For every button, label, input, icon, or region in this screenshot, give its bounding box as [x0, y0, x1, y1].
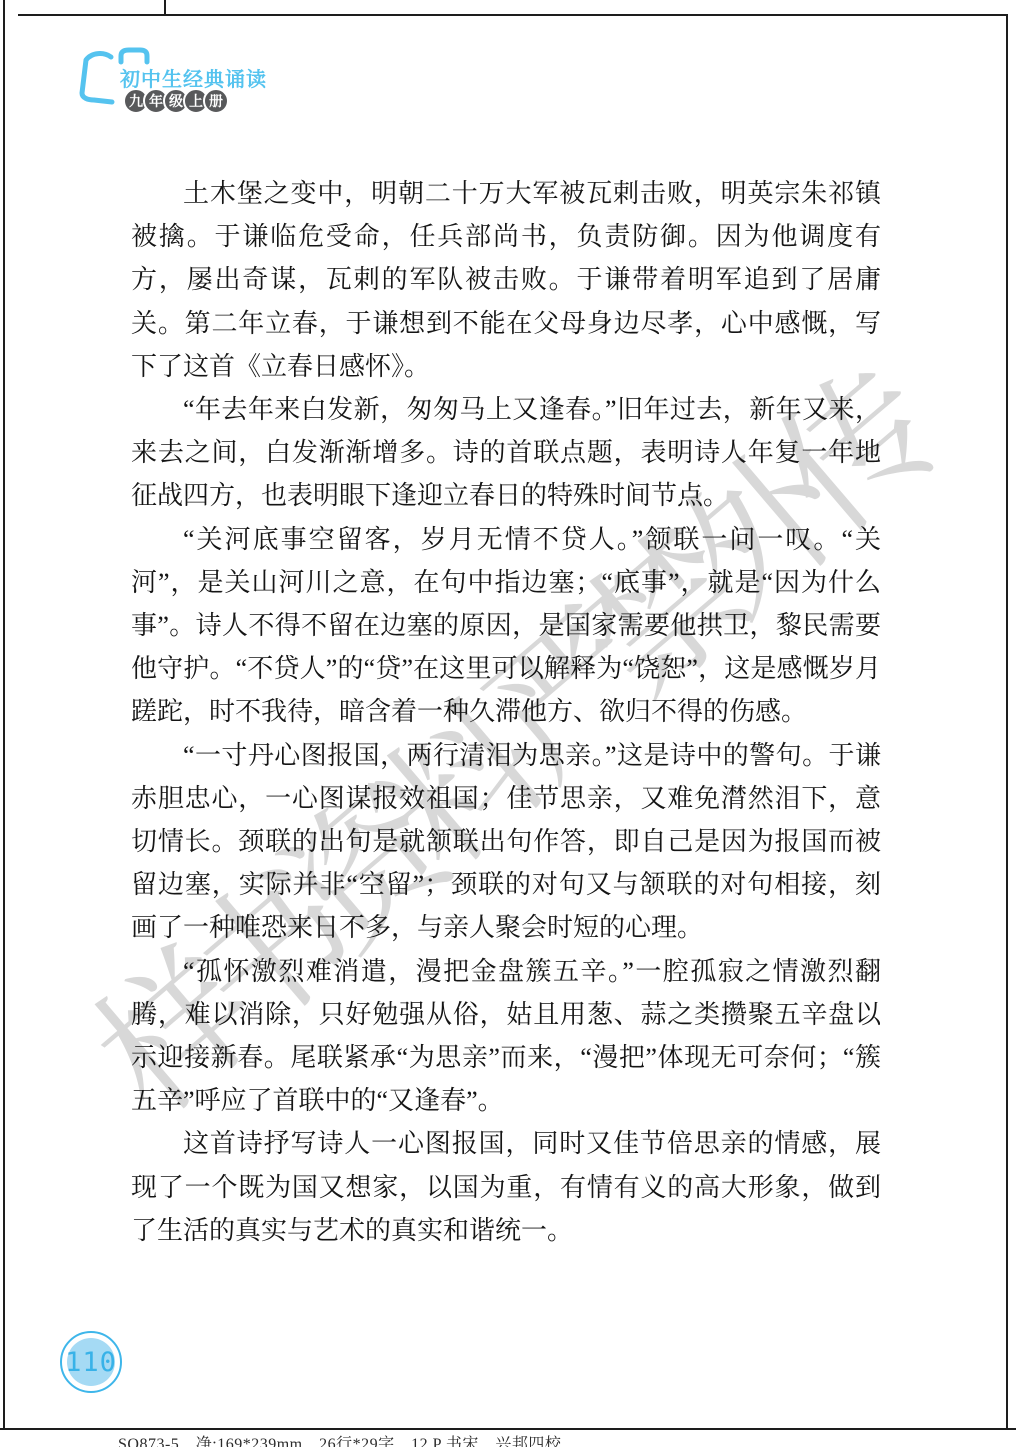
page-border-bottom: [0, 1428, 1016, 1430]
paragraph-summary: 这首诗抒写诗人一心图报国，同时又佳节倍思亲的情感，展现了一个既为国又想家，以国为…: [131, 1122, 881, 1252]
page-number: 110: [67, 1338, 115, 1386]
trim-mark: [164, 0, 166, 14]
paragraph-background: 土木堡之变中，明朝二十万大军被瓦剌击败，明英宗朱祁镇被擒。于谦临危受命，任兵部尚…: [131, 172, 881, 388]
print-imprint-line: SQ873-5 净:169*239mm 26行*29字 12 P 书宋 兴邦四校: [118, 1431, 561, 1447]
page-border-top: [18, 14, 1008, 16]
poem-analysis-text: 土木堡之变中，明朝二十万大军被瓦剌击败，明英宗朱祁镇被擒。于谦临危受命，任兵部尚…: [131, 172, 881, 1252]
series-logo: 初中生经典诵读 九 年 级 上 册: [78, 46, 378, 121]
paragraph-second-couplet: “关河底事空留客，岁月无情不贷人。”颔联一问一叹。“关河”，是关山河川之意，在句…: [131, 518, 881, 734]
paragraph-final-couplet: “孤怀激烈难消遣，漫把金盘簇五辛。”一腔孤寂之情激烈翻腾，难以消除，只好勉强从俗…: [131, 950, 881, 1123]
textbook-page: 初中生经典诵读 九 年 级 上 册 样书资料 严禁外传 土木堡之变中，明朝二十万…: [0, 0, 1016, 1447]
volume-badge-char: 册: [203, 88, 229, 114]
volume-badge: 九 年 级 上 册: [123, 88, 229, 114]
paragraph-third-couplet: “一寸丹心图报国，两行清泪为思亲。”这是诗中的警句。于谦赤胆忠心，一心图谋报效祖…: [131, 734, 881, 950]
page-number-badge: 110: [60, 1331, 122, 1393]
page-border-left: [3, 0, 5, 1429]
paragraph-first-couplet: “年去年来白发新，匆匆马上又逢春。”旧年过去，新年又来，来去之间，白发渐渐增多。…: [131, 388, 881, 518]
page-border-right: [1006, 14, 1008, 1429]
